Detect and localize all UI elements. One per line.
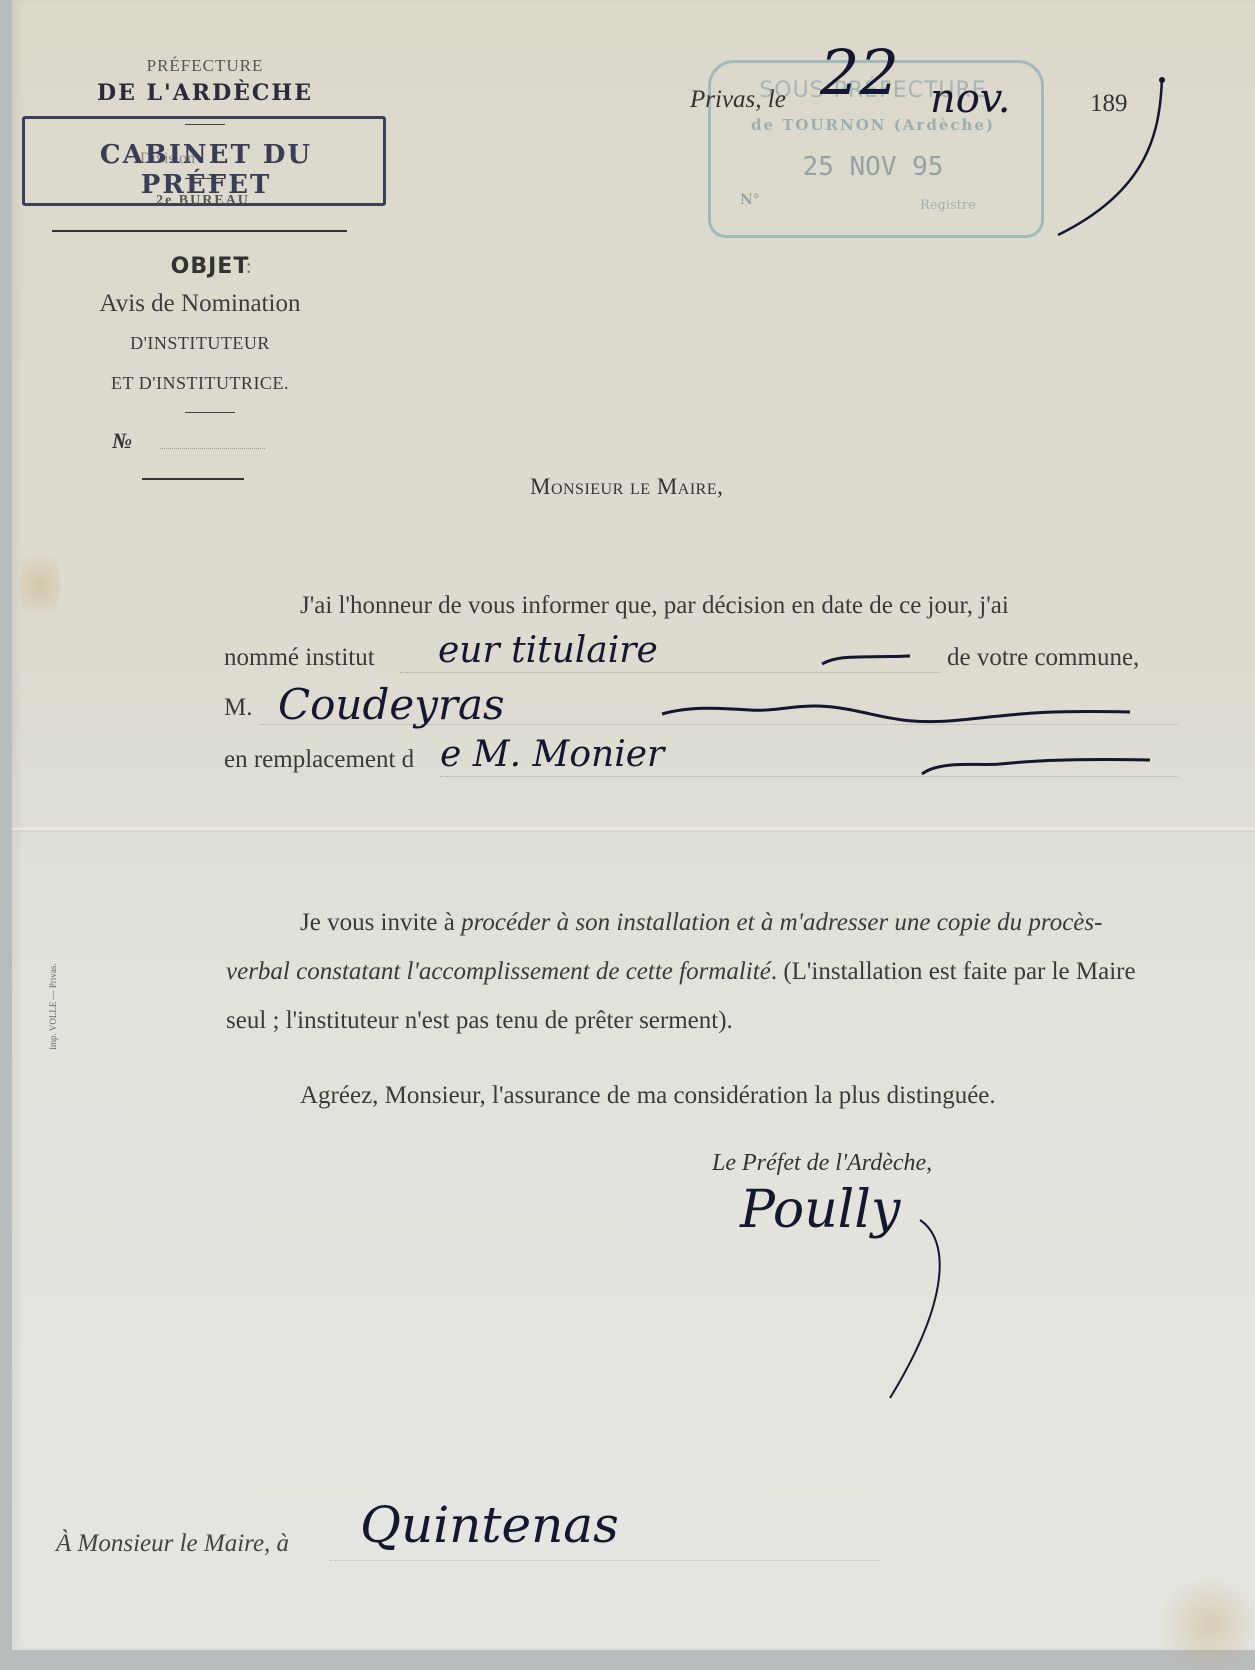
paragraph2: Je vous invite à procéder à son installa…: [226, 898, 1166, 1045]
handwritten-commune: Quintenas: [360, 1496, 619, 1554]
received-stamp-register: Registre: [920, 198, 976, 213]
cabinet-stamp-text: CABINET DU PRÉFET: [36, 140, 376, 200]
paragraph1-line3-prefix: M.: [224, 694, 252, 722]
paper-stain: [20, 540, 60, 630]
handwritten-position: eur titulaire: [438, 630, 658, 671]
letter-page: [12, 0, 1255, 1650]
handwritten-flourish: [660, 700, 1140, 730]
prefecture-label: PRÉFECTURE: [130, 56, 280, 76]
paragraph1-line2-prefix: nommé institut: [224, 644, 375, 672]
handwritten-month: nov.: [930, 76, 1010, 122]
numero-label: №: [112, 428, 132, 454]
signature-stroke: [860, 1180, 960, 1420]
received-stamp-date: 25 NOV 95: [708, 152, 1038, 182]
paragraph1-line2-suffix: de votre commune,: [947, 644, 1139, 672]
divider: [185, 178, 225, 179]
handwritten-appointee-name: Coudeyras: [278, 680, 505, 729]
numero-field: [160, 448, 265, 449]
objet-line-2: D'INSTITUTEUR: [80, 333, 320, 354]
paragraph2-lead: Je vous invite à: [300, 909, 455, 936]
handwritten-day: 22: [820, 36, 899, 109]
objet-label: OBJET: [140, 254, 280, 279]
fold-crease: [12, 828, 1255, 832]
closing-formula: Agréez, Monsieur, l'assurance de ma cons…: [300, 1082, 996, 1110]
printer-mark: Imp. VOLLE — Privas.: [48, 963, 58, 1050]
divider: [185, 412, 235, 413]
handwritten-dash: [820, 650, 920, 670]
dateline-place: Privas, le: [690, 86, 786, 114]
salutation: Monsieur le Maire,: [530, 474, 723, 500]
prefecture-department: DE L'ARDÈCHE: [60, 80, 350, 106]
paragraph1-line4-prefix: en remplacement d: [224, 746, 414, 774]
bureau-label: 2e BUREAU: [118, 193, 288, 209]
addressee-label: À Monsieur le Maire, à: [56, 1530, 289, 1558]
objet-line-1: Avis de Nomination: [60, 290, 340, 318]
handwritten-flourish: [920, 752, 1160, 780]
fill-line-position: [400, 672, 940, 673]
signatory-title: Le Préfet de l'Ardèche,: [712, 1150, 932, 1177]
handwritten-predecessor: e M. Monier: [440, 734, 664, 775]
fill-line-commune: [330, 1560, 880, 1561]
divider: [142, 478, 244, 480]
objet-colon: :: [246, 256, 252, 279]
paragraph1-line1: J'ai l'honneur de vous informer que, par…: [300, 592, 1178, 620]
objet-line-3: ET D'INSTITUTRICE.: [80, 373, 320, 394]
handwritten-year-digit-stroke: [1050, 70, 1180, 240]
ornamental-rule: [52, 230, 347, 232]
received-stamp-number: N°: [740, 192, 760, 208]
